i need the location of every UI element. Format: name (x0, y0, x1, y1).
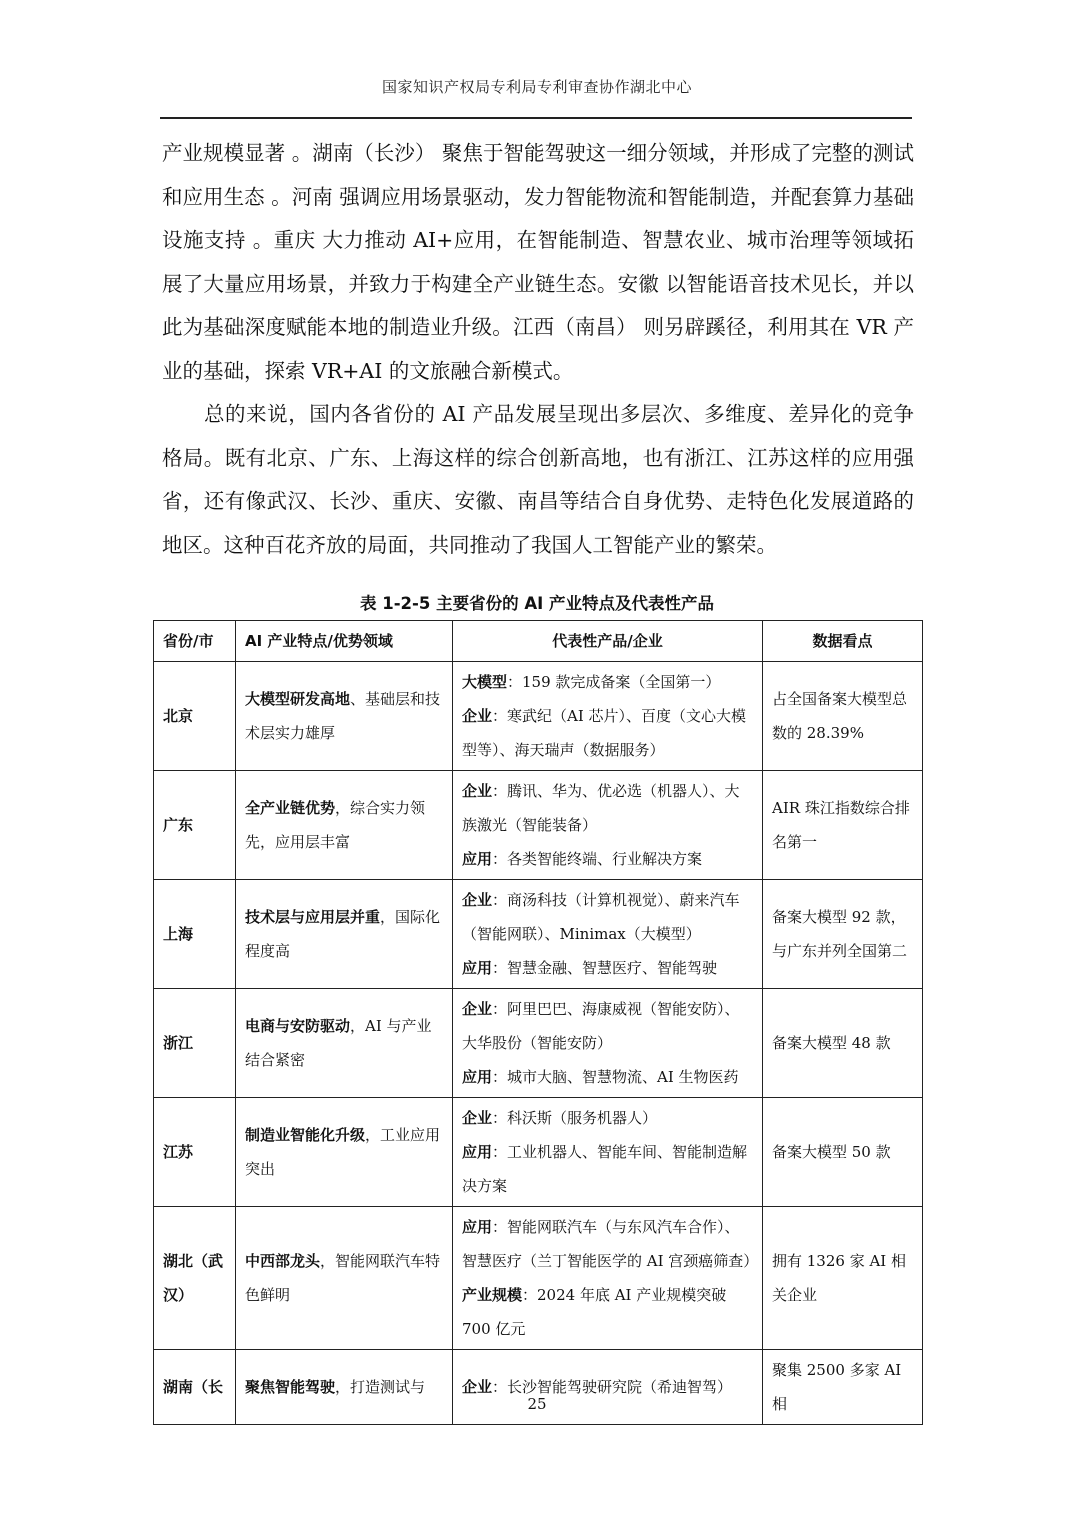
feature-cell: 全产业链优势，综合实力领先，应用层丰富 (236, 771, 453, 880)
feature-highlight: 电商与安防驱动 (245, 1017, 350, 1035)
paragraph: 总的来说，国内各省份的 AI 产品发展呈现出多层次、多维度、差异化的竞争格局。既… (162, 393, 914, 567)
column-header-products: 代表性产品/企业 (453, 621, 763, 662)
feature-highlight: 技术层与应用层并重 (245, 908, 380, 926)
product-label: 应用 (462, 1218, 492, 1236)
product-text: ：阿里巴巴、海康威视（智能安防）、大华股份（智能安防） (462, 1000, 740, 1052)
feature-cell: 制造业智能化升级，工业应用突出 (236, 1098, 453, 1207)
product-text: ：智慧金融、智慧医疗、智能驾驶 (492, 959, 717, 977)
product-label: 应用 (462, 1143, 492, 1161)
products-cell: 企业：阿里巴巴、海康威视（智能安防）、大华股份（智能安防）应用：城市大脑、智慧物… (453, 989, 763, 1098)
products-cell: 企业：商汤科技（计算机视觉）、蔚来汽车（智能网联）、Minimax（大模型）应用… (453, 880, 763, 989)
product-label: 产业规模 (462, 1286, 522, 1304)
province-cell: 北京 (154, 662, 236, 771)
stat-cell: AIR 珠江指数综合排名第一 (763, 771, 923, 880)
province-cell: 上海 (154, 880, 236, 989)
feature-cell: 电商与安防驱动，AI 与产业结合紧密 (236, 989, 453, 1098)
province-cell: 浙江 (154, 989, 236, 1098)
feature-highlight: 制造业智能化升级 (245, 1126, 365, 1144)
province-cell: 湖南（长 (154, 1350, 236, 1425)
product-label: 应用 (462, 1068, 492, 1086)
product-line: 产业规模：2024 年底 AI 产业规模突破 700 亿元 (462, 1278, 753, 1346)
table-row: 浙江电商与安防驱动，AI 与产业结合紧密企业：阿里巴巴、海康威视（智能安防）、大… (154, 989, 923, 1098)
product-text: ：工业机器人、智能车间、智能制造解决方案 (462, 1143, 747, 1195)
product-label: 大模型 (462, 673, 507, 691)
product-line: 大模型：159 款完成备案（全国第一） (462, 665, 753, 699)
page-number: 25 (0, 1395, 1074, 1413)
province-cell: 湖北（武汉） (154, 1207, 236, 1350)
products-cell: 企业：科沃斯（服务机器人）应用：工业机器人、智能车间、智能制造解决方案 (453, 1098, 763, 1207)
product-text: ：长沙智能驾驶研究院（希迪智驾） (492, 1378, 732, 1396)
product-text: ：寒武纪（AI 芯片）、百度（文心大模型等）、海天瑞声（数据服务） (462, 707, 746, 759)
table-row: 江苏制造业智能化升级，工业应用突出企业：科沃斯（服务机器人）应用：工业机器人、智… (154, 1098, 923, 1207)
feature-highlight: 聚焦智能驾驶 (245, 1378, 335, 1396)
page-header: 国家知识产权局专利局专利审查协作湖北中心 (0, 76, 1074, 97)
product-label: 企业 (462, 891, 492, 909)
table-row: 北京大模型研发高地、基础层和技术层实力雄厚大模型：159 款完成备案（全国第一）… (154, 662, 923, 771)
province-cell: 广东 (154, 771, 236, 880)
product-label: 应用 (462, 959, 492, 977)
column-header-stats: 数据看点 (763, 621, 923, 662)
products-cell: 企业：长沙智能驾驶研究院（希迪智驾） (453, 1350, 763, 1425)
stat-cell: 备案大模型 48 款 (763, 989, 923, 1098)
paragraph: 产业规模显著 。湖南（长沙） 聚焦于智能驾驶这一细分领域，并形成了完整的测试和应… (162, 132, 914, 393)
product-label: 企业 (462, 782, 492, 800)
stat-cell: 备案大模型 92 款，与广东并列全国第二 (763, 880, 923, 989)
table-header-row: 省份/市 AI 产业特点/优势领域 代表性产品/企业 数据看点 (154, 621, 923, 662)
product-text: ：159 款完成备案（全国第一） (507, 673, 720, 691)
products-cell: 应用：智能网联汽车（与东风汽车合作）、智慧医疗（兰丁智能医学的 AI 宫颈癌筛查… (453, 1207, 763, 1350)
table-row: 湖北（武汉）中西部龙头，智能网联汽车特色鲜明应用：智能网联汽车（与东风汽车合作）… (154, 1207, 923, 1350)
product-label: 企业 (462, 1109, 492, 1127)
feature-highlight: 全产业链优势 (245, 799, 335, 817)
product-line: 应用：各类智能终端、行业解决方案 (462, 842, 753, 876)
product-line: 企业：商汤科技（计算机视觉）、蔚来汽车（智能网联）、Minimax（大模型） (462, 883, 753, 951)
product-line: 应用：智慧金融、智慧医疗、智能驾驶 (462, 951, 753, 985)
header-divider (160, 117, 912, 119)
product-text: ：城市大脑、智慧物流、AI 生物医药 (492, 1068, 739, 1086)
product-text: ：商汤科技（计算机视觉）、蔚来汽车（智能网联）、Minimax（大模型） (462, 891, 740, 943)
product-label: 应用 (462, 850, 492, 868)
province-cell: 江苏 (154, 1098, 236, 1207)
product-line: 应用：城市大脑、智慧物流、AI 生物医药 (462, 1060, 753, 1094)
feature-text: ，打造测试与 (335, 1378, 425, 1396)
product-label: 企业 (462, 707, 492, 725)
product-text: ：各类智能终端、行业解决方案 (492, 850, 702, 868)
product-text: ：科沃斯（服务机器人） (492, 1109, 657, 1127)
column-header-province: 省份/市 (154, 621, 236, 662)
province-ai-table: 省份/市 AI 产业特点/优势领域 代表性产品/企业 数据看点 北京大模型研发高… (153, 620, 923, 1425)
feature-cell: 大模型研发高地、基础层和技术层实力雄厚 (236, 662, 453, 771)
table-caption: 表 1-2-5 主要省份的 AI 产业特点及代表性产品 (0, 590, 1074, 614)
stat-cell: 占全国备案大模型总数的 28.39% (763, 662, 923, 771)
table-row: 湖南（长聚焦智能驾驶，打造测试与企业：长沙智能驾驶研究院（希迪智驾）聚集 250… (154, 1350, 923, 1425)
product-text: ：智能网联汽车（与东风汽车合作）、智慧医疗（兰丁智能医学的 AI 宫颈癌筛查） (462, 1218, 758, 1270)
products-cell: 大模型：159 款完成备案（全国第一）企业：寒武纪（AI 芯片）、百度（文心大模… (453, 662, 763, 771)
product-text: ：腾讯、华为、优必选（机器人）、大族激光（智能装备） (462, 782, 740, 834)
feature-cell: 中西部龙头，智能网联汽车特色鲜明 (236, 1207, 453, 1350)
feature-cell: 聚焦智能驾驶，打造测试与 (236, 1350, 453, 1425)
column-header-feature: AI 产业特点/优势领域 (236, 621, 453, 662)
table-row: 上海技术层与应用层并重，国际化程度高企业：商汤科技（计算机视觉）、蔚来汽车（智能… (154, 880, 923, 989)
product-line: 企业：寒武纪（AI 芯片）、百度（文心大模型等）、海天瑞声（数据服务） (462, 699, 753, 767)
feature-cell: 技术层与应用层并重，国际化程度高 (236, 880, 453, 989)
product-line: 应用：工业机器人、智能车间、智能制造解决方案 (462, 1135, 753, 1203)
products-cell: 企业：腾讯、华为、优必选（机器人）、大族激光（智能装备）应用：各类智能终端、行业… (453, 771, 763, 880)
product-line: 企业：科沃斯（服务机器人） (462, 1101, 753, 1135)
feature-highlight: 大模型研发高地 (245, 690, 350, 708)
table-row: 广东全产业链优势，综合实力领先，应用层丰富企业：腾讯、华为、优必选（机器人）、大… (154, 771, 923, 880)
product-line: 企业：阿里巴巴、海康威视（智能安防）、大华股份（智能安防） (462, 992, 753, 1060)
product-line: 企业：腾讯、华为、优必选（机器人）、大族激光（智能装备） (462, 774, 753, 842)
product-label: 企业 (462, 1000, 492, 1018)
stat-cell: 聚集 2500 多家 AI 相 (763, 1350, 923, 1425)
product-line: 应用：智能网联汽车（与东风汽车合作）、智慧医疗（兰丁智能医学的 AI 宫颈癌筛查… (462, 1210, 753, 1278)
stat-cell: 备案大模型 50 款 (763, 1098, 923, 1207)
stat-cell: 拥有 1326 家 AI 相关企业 (763, 1207, 923, 1350)
body-text: 产业规模显著 。湖南（长沙） 聚焦于智能驾驶这一细分领域，并形成了完整的测试和应… (162, 132, 914, 567)
feature-highlight: 中西部龙头 (245, 1252, 320, 1270)
product-label: 企业 (462, 1378, 492, 1396)
